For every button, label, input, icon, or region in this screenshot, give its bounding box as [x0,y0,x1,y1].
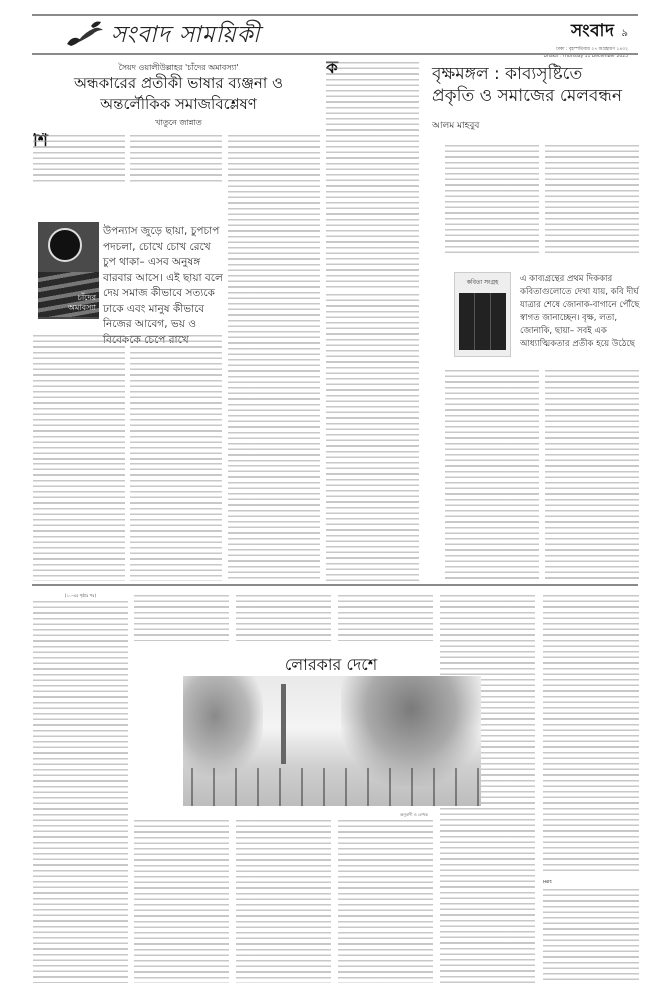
body-text [338,593,433,641]
book-cover-chander-amabosya: চাঁদের অমাবস্যা [38,222,99,319]
article2-column-3 [545,143,639,253]
body-text [543,887,639,980]
article1-title-line1: অন্ধকারের প্রতীকী ভাষার ব্যঞ্জনা ও [32,73,325,94]
article1-column-8 [228,463,320,581]
book-cover-kobita-songroho: কবিতা সংগ্রহ [454,272,511,357]
body-text [228,133,320,463]
article3-references: Ref: [543,880,639,980]
body-text [545,143,639,253]
article2-title-line2: প্রকৃতি ও সমাজের মেলবন্ধন [432,85,642,107]
article1-author: খাতুনে জান্নাত [32,117,325,130]
paper-name: সংবাদ [571,21,614,41]
article3-column-9 [338,818,433,983]
body-text [130,133,222,183]
body-text [33,461,125,581]
body-text [33,599,128,983]
body-text [130,461,222,581]
body-text [445,368,539,582]
article3-column-6 [543,593,639,873]
article2-title: বৃক্ষমঙ্গল : কাব্যসৃষ্টিতে প্রকৃতি ও সমা… [432,63,642,107]
body-text [228,463,320,581]
section-logo: সংবাদ সাময়িকী [65,18,265,52]
body-text [545,368,639,582]
article3-column-3 [236,593,331,641]
book-cover-title: কবিতা সংগ্রহ [455,277,510,288]
body-text [33,333,125,461]
continued-label: (১০-এর পৃষ্ঠার পর) [33,593,128,599]
article3-photo-street-scene [183,676,481,806]
article3-column-2 [134,593,229,641]
masthead-rule [32,53,638,55]
book-cover-title: চাঁদের অমাবস্যা [64,293,96,313]
body-text [445,143,539,253]
body-text [134,818,229,983]
article1-column-3 [228,133,320,463]
article1-column-4 [33,333,125,461]
article1-column-2 [130,133,222,183]
article2-author: আলম মাহবুব [432,118,479,133]
pedestrians [183,768,481,806]
body-text [236,818,331,983]
section-title: সংবাদ সাময়িকী [111,16,260,55]
article2-column-2 [445,143,539,253]
article3-column-4 [338,593,433,641]
article1-column-7 [130,461,222,581]
moon-icon [48,228,82,262]
section-divider [32,584,638,586]
article1-column-1: শি [33,133,125,183]
article2-column-6 [545,368,639,582]
article3-column-8 [236,818,331,983]
tree-left [183,676,263,776]
bird-icon [65,20,107,50]
body-text [338,818,433,983]
body-text [236,593,331,641]
page-number: ৯ [622,28,629,39]
article2-column-5 [445,368,539,582]
body-text [33,133,125,183]
ref-label: Ref: [543,880,639,886]
article3-column-7 [134,818,229,983]
article1-title-line2: অন্তর্লৌকিক সমাজবিশ্লেষণ [32,94,325,115]
article2-column-4 [326,292,419,582]
article3-title: লোরকার দেশে [236,652,426,679]
article1-title: অন্ধকারের প্রতীকী ভাষার ব্যঞ্জনা ও অন্তর… [32,73,325,115]
body-text [543,593,639,873]
article2-column-1: ক [326,60,419,290]
article2-pullquote: এ কাব্যগ্রন্থের প্রথম দিককার কবিতাগুলোতে… [520,273,645,351]
article3-column-1: (১০-এর পৃষ্ঠার পর) [33,593,128,983]
body-text [326,60,419,290]
article1-column-5 [130,333,222,461]
body-text [130,333,222,461]
article1-pullquote: উপন্যাস জুড়ে ছায়া, চুপচাপ পদচলা, চোখে … [103,224,226,348]
article1-column-6 [33,461,125,581]
body-text [326,292,419,582]
body-text [134,593,229,641]
article2-title-line1: বৃক্ষমঙ্গল : কাব্যসৃষ্টিতে [432,63,642,85]
date-bengali: ঢাকা : বৃহস্পতিবার ২৭ অগ্রহায়ণ ১৪৩২ [544,46,628,53]
column-monument [281,684,286,764]
cover-grid-image [459,293,506,350]
